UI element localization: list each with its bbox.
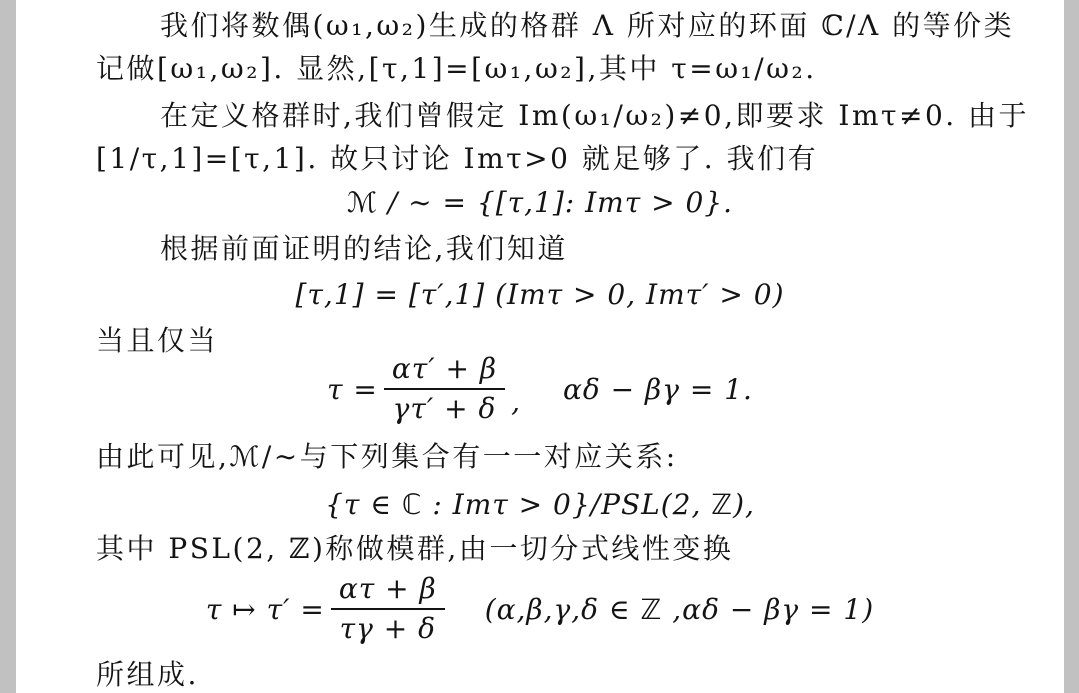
paragraph-1-line-2: 记做[ω₁,ω₂]. 显然,[τ,1]=[ω₁,ω₂],其中 τ=ω₁/ω₂. <box>96 51 817 87</box>
fraction-denominator: γτ′ + δ <box>385 390 505 425</box>
paragraph-3-line-1: 根据前面证明的结论,我们知道 <box>160 231 568 267</box>
paragraph-6-line-1: 其中 PSL(2, ℤ)称做模群,由一切分式线性变换 <box>96 531 733 567</box>
formula-transform-lhs: τ ↦ τ′ = <box>206 593 325 626</box>
formula-moduli-space: ℳ / ∼ = {[τ,1]: Imτ > 0}. <box>16 185 1064 221</box>
fraction: ατ + β τγ + δ <box>331 573 445 645</box>
paragraph-1-line-1: 我们将数偶(ω₁,ω₂)生成的格群 Λ 所对应的环面 ℂ/Λ 的等价类 <box>160 8 1014 44</box>
paragraph-2-line-2: [1/τ,1]=[τ,1]. 故只讨论 Imτ>0 就足够了. 我们有 <box>96 141 818 177</box>
paragraph-7-line-1: 所组成. <box>96 657 199 693</box>
paragraph-2-line-1: 在定义格群时,我们曾假定 Im(ω₁/ω₂)≠0,即要求 Imτ≠0. 由于 <box>160 98 1029 134</box>
fraction: ατ′ + β γτ′ + δ <box>384 353 505 425</box>
formula-linear-fractional-transform: τ ↦ τ′ = ατ + β τγ + δ (α,β,γ,δ ∈ ℤ ,αδ … <box>16 572 1064 646</box>
document-viewer: 我们将数偶(ω₁,ω₂)生成的格群 Λ 所对应的环面 ℂ/Λ 的等价类 记做[ω… <box>0 0 1079 693</box>
formula-determinant-condition: αδ − βγ = 1. <box>563 373 753 406</box>
formula-parameter-condition: (α,β,γ,δ ∈ ℤ ,αδ − βγ = 1) <box>485 593 874 626</box>
fraction-numerator: ατ′ + β <box>384 353 505 390</box>
formula-comma: , <box>511 385 521 426</box>
formula-mobius-lhs: τ = <box>327 373 378 406</box>
formula-equivalence: [τ,1] = [τ′,1] (Imτ > 0, Imτ′ > 0) <box>16 277 1064 313</box>
fraction-denominator: τγ + δ <box>332 610 444 645</box>
formula-mobius-transform: τ = ατ′ + β γτ′ + δ , αδ − βγ = 1. <box>16 352 1064 426</box>
formula-upper-half-plane: {τ ∈ ℂ : Imτ > 0}/PSL(2, ℤ), <box>16 487 1064 523</box>
paragraph-5-line-1: 由此可见,ℳ/∼与下列集合有一一对应关系: <box>96 439 678 475</box>
fraction-numerator: ατ + β <box>331 573 445 610</box>
